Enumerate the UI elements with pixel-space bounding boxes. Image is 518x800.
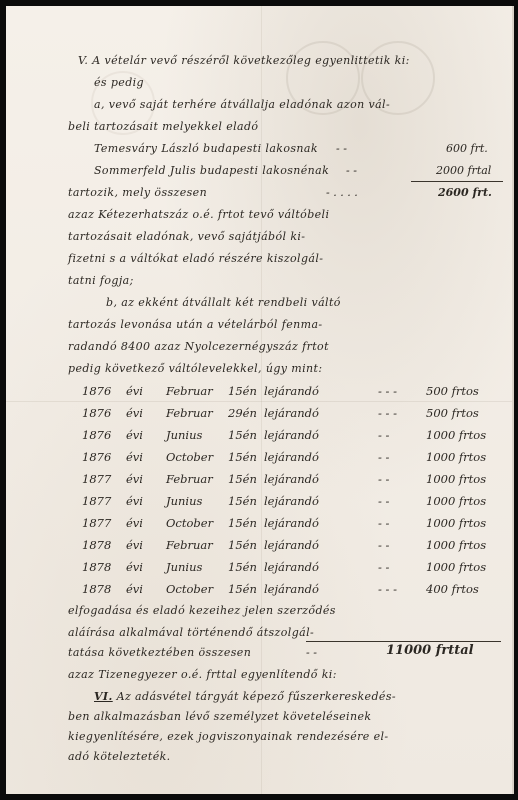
total-line: tatása következtében összesen: [68, 646, 251, 659]
after-sum-6: tartozás levonása után a vételárból fenm…: [68, 318, 323, 331]
after-sum-2: tartozásait eladónak, vevő sajátjából ki…: [68, 230, 305, 243]
after-sum-3: fizetni s a váltókat eladó részére kiszo…: [68, 252, 323, 265]
document-page: V. A vételár vevő részéről következőleg …: [6, 6, 514, 794]
creditor-2: Sommerfeld Julis budapesti lakosnénak: [94, 164, 329, 177]
sum-line: tartozik, mely összesen: [68, 186, 207, 199]
total-words: azaz Tizenegyezer o.é. frttal egyenlíten…: [68, 668, 337, 681]
after-sum-4: tatni fogja;: [68, 274, 134, 287]
installment-row: 1877 évi October 15én lejárandó - - 1000…: [78, 516, 498, 532]
paper-fold-horizontal: [6, 401, 512, 402]
total-dashes: - -: [306, 646, 317, 659]
closing-2: aláírása alkalmával történendő átszolgál…: [68, 626, 314, 639]
section-v-line-4: beli tartozásait melyekkel eladó: [68, 120, 258, 133]
creditor-2-amount: 2000 frtal: [436, 164, 491, 177]
closing-1: elfogadása és eladó kezeihez jelen szerz…: [68, 604, 336, 617]
after-sum-1: azaz Kétezerhatszáz o.é. frtot tevő vált…: [68, 208, 329, 221]
section-v-line-3: a, vevő saját terhére átvállalja eladóna…: [94, 98, 390, 111]
installment-row: 1876 évi Februar 29én lejárandó - - - 50…: [78, 406, 498, 422]
section-v-line-1: V. A vételár vevő részéről következőleg …: [78, 54, 410, 67]
section-v-line-2: és pedig: [94, 76, 144, 89]
sum-rule: [411, 181, 503, 182]
creditor-1-amount: 600 frt.: [446, 142, 488, 155]
installment-row: 1876 évi Februar 15én lejárandó - - - 50…: [78, 384, 498, 400]
creditor-1-dashes: - -: [336, 142, 347, 155]
after-sum-8: pedig következő váltólevelekkel, úgy min…: [68, 362, 322, 375]
installment-row: 1877 évi Junius 15én lejárandó - - 1000 …: [78, 494, 498, 510]
creditor-2-dashes: - -: [346, 164, 357, 177]
sum-amount: 2600 frt.: [438, 186, 492, 199]
section-vi-line-2: ben alkalmazásban lévő személyzet követe…: [68, 710, 371, 723]
section-vi-heading: VI.: [94, 690, 113, 703]
section-vi-line-3: kiegyenlítésére, ezek jogviszonyainak re…: [68, 730, 389, 743]
installment-row: 1877 évi Februar 15én lejárandó - - 1000…: [78, 472, 498, 488]
after-sum-5: b, az ekként átvállalt két rendbeli vált…: [106, 296, 341, 309]
section-vi-line-4: adó kötelezteték.: [68, 750, 171, 763]
total-amount: 11000 frttal: [386, 643, 474, 658]
after-sum-7: radandó 8400 azaz Nyolcezernégyszáz frto…: [68, 340, 329, 353]
sum-dashes: - . . . .: [326, 186, 358, 199]
installment-row: 1876 évi October 15én lejárandó - - 1000…: [78, 450, 498, 466]
creditor-1: Temesváry László budapesti lakosnak: [94, 142, 318, 155]
section-v-heading: V.: [78, 54, 88, 67]
installment-row: 1878 évi Junius 15én lejárandó - - 1000 …: [78, 560, 498, 576]
total-rule: [306, 641, 501, 642]
section-vi-line-1: VI. Az adásvétel tárgyát képező fűszerke…: [94, 690, 396, 703]
installment-row: 1876 évi Junius 15én lejárandó - - 1000 …: [78, 428, 498, 444]
installment-row: 1878 évi October 15én lejárandó - - - 40…: [78, 582, 498, 598]
installment-row: 1878 évi Februar 15én lejárandó - - 1000…: [78, 538, 498, 554]
